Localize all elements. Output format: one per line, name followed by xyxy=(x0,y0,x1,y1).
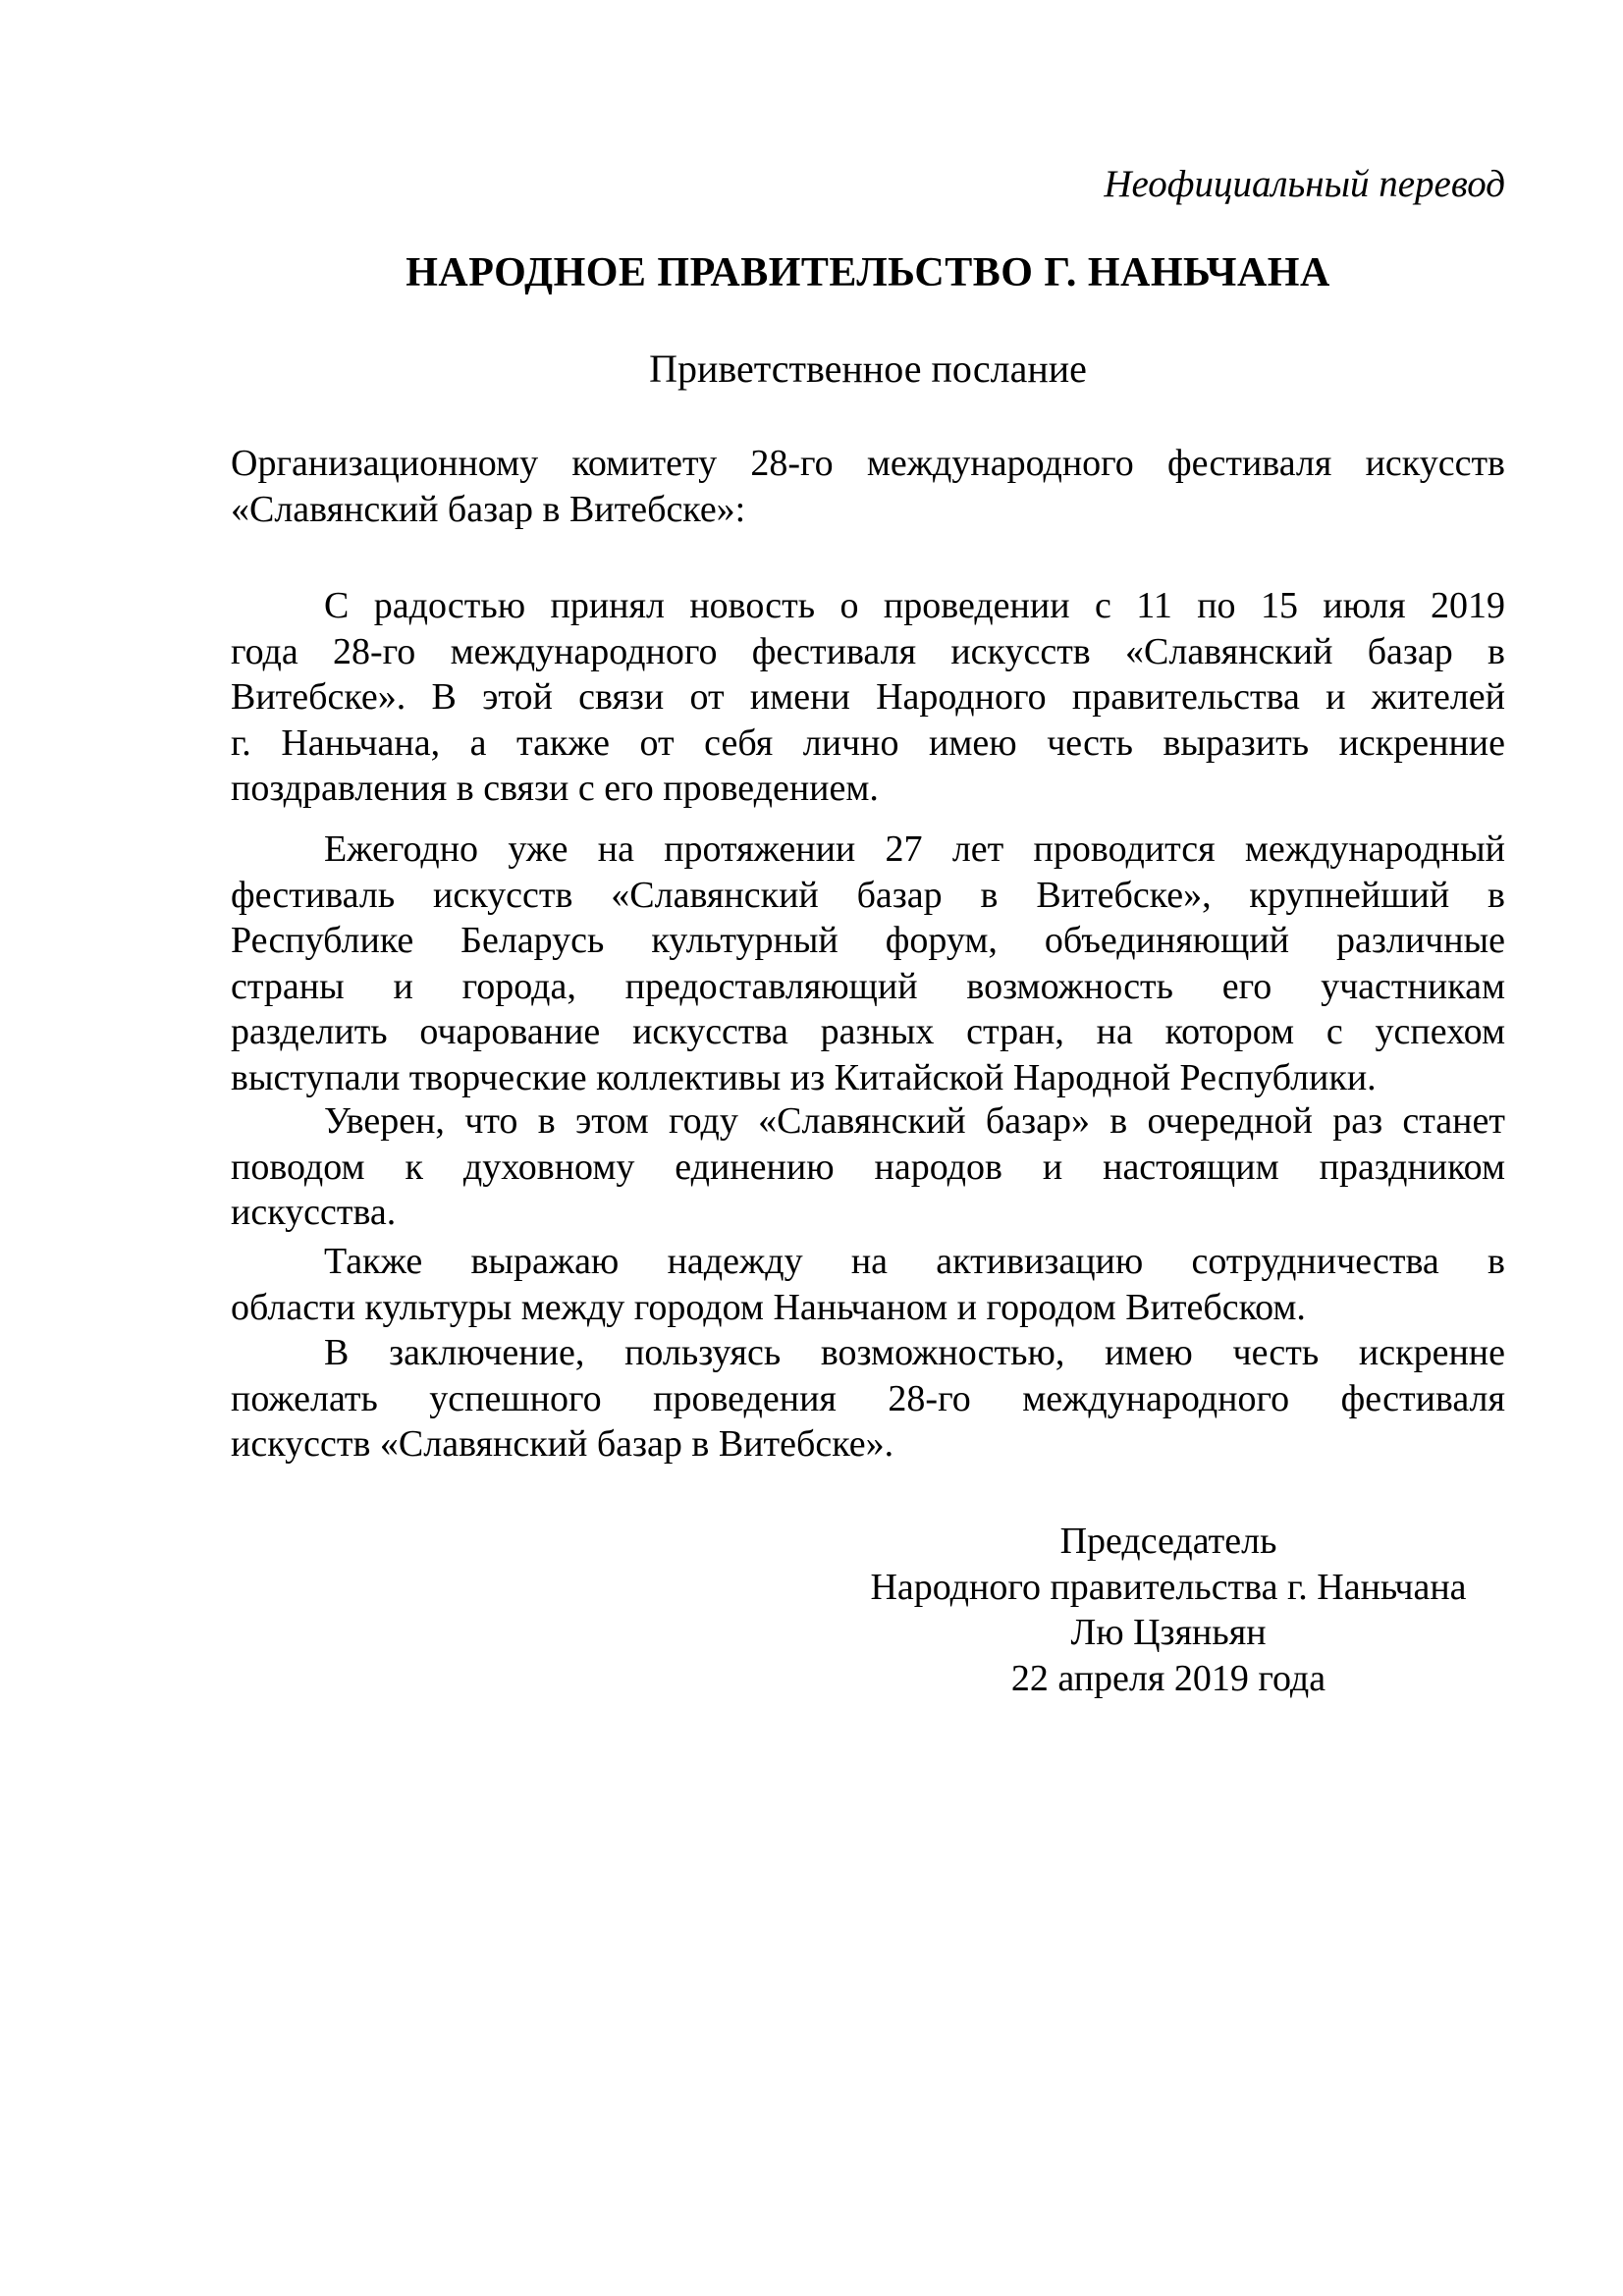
signature-position: Председатель xyxy=(830,1519,1507,1565)
paragraph-addressee: Организационному комитету 28-го междунар… xyxy=(231,441,1505,532)
paragraph-line: области культуры между городом Наньчаном… xyxy=(231,1285,1505,1331)
paragraph-line: Также выражаю надежду на активизацию сот… xyxy=(231,1239,1505,1285)
signature-organization: Народного правительства г. Наньчана xyxy=(830,1565,1507,1611)
paragraph-cooperation-hope: Также выражаю надежду на активизацию сот… xyxy=(231,1239,1505,1330)
paragraph-line: разделить очарование искусства разных ст… xyxy=(231,1009,1505,1055)
paragraph-line: Витебске». В этой связи от имени Народно… xyxy=(231,674,1505,721)
paragraph-line: года 28-го международного фестиваля иску… xyxy=(231,629,1505,675)
paragraph-line: Ежегодно уже на протяжении 27 лет провод… xyxy=(231,827,1505,873)
paragraph-festival-history: Ежегодно уже на протяжении 27 лет провод… xyxy=(231,827,1505,1100)
document-subtitle: Приветственное послание xyxy=(231,347,1505,392)
paragraph-line: искусств «Славянский базар в Витебске». xyxy=(231,1421,1505,1468)
signature-name: Лю Цзяньян xyxy=(830,1610,1507,1656)
paragraph-line: пожелать успешного проведения 28-го межд… xyxy=(231,1376,1505,1422)
paragraph-line: поздравления в связи с его проведением. xyxy=(231,766,1505,812)
paragraph-conclusion: В заключение, пользуясь возможностью, им… xyxy=(231,1330,1505,1468)
paragraph-line: выступали творческие коллективы из Китай… xyxy=(231,1055,1505,1101)
document-title: НАРОДНОЕ ПРАВИТЕЛЬСТВО Г. НАНЬЧАНА xyxy=(231,249,1505,296)
paragraph-line: поводом к духовному единению народов и н… xyxy=(231,1145,1505,1191)
paragraph-line: Организационному комитету 28-го междунар… xyxy=(231,441,1505,487)
paragraph-line: Республике Беларусь культурный форум, об… xyxy=(231,918,1505,964)
paragraph-line: страны и города, предоставляющий возможн… xyxy=(231,964,1505,1010)
paragraph-confidence: Уверен, что в этом году «Славянский база… xyxy=(231,1098,1505,1236)
paragraph-line: искусства. xyxy=(231,1190,1505,1236)
signature-date: 22 апреля 2019 года xyxy=(830,1656,1507,1702)
paragraph-line: «Славянский базар в Витебске»: xyxy=(231,487,1505,533)
paragraph-line: С радостью принял новость о проведении с… xyxy=(231,583,1505,629)
paragraph-line: г. Наньчана, а также от себя лично имею … xyxy=(231,721,1505,767)
document-page: Неофициальный перевод НАРОДНОЕ ПРАВИТЕЛЬ… xyxy=(0,0,1623,2296)
paragraph-line: В заключение, пользуясь возможностью, им… xyxy=(231,1330,1505,1376)
paragraph-line: Уверен, что в этом году «Славянский база… xyxy=(231,1098,1505,1145)
signature-block: Председатель Народного правительства г. … xyxy=(830,1519,1507,1701)
translation-note: Неофициальный перевод xyxy=(231,162,1505,207)
paragraph-line: фестиваль искусств «Славянский базар в В… xyxy=(231,873,1505,919)
paragraph-congratulation: С радостью принял новость о проведении с… xyxy=(231,583,1505,812)
